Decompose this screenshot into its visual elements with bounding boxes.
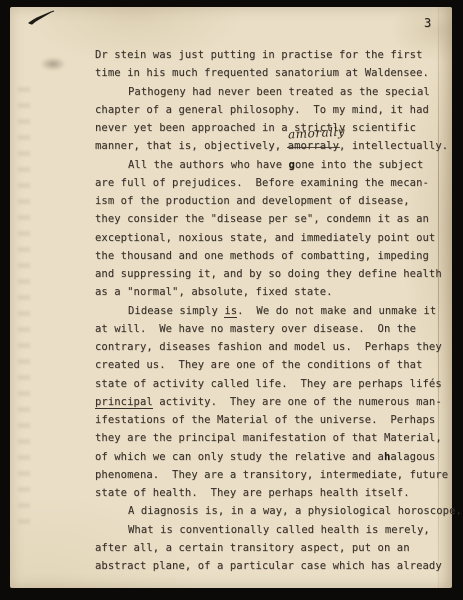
photograph-stage: 3 Dr stein was just putting in practise … — [0, 0, 463, 600]
underlined-word: is — [224, 305, 237, 318]
typed-line: never yet been approached in a strictly … — [95, 119, 445, 137]
page-number: 3 — [424, 16, 432, 30]
typed-line: of which we can only study the relative … — [95, 448, 445, 466]
typed-segment: Didease simply — [128, 305, 224, 317]
typed-segment: state of activity called life. They are … — [95, 378, 442, 390]
typed-segment: of which we can only study the relative … — [95, 451, 384, 463]
typed-line: and suppressing it, and by so doing they… — [95, 265, 445, 283]
pencil-smudge — [40, 57, 66, 71]
typed-line: they consider the "disease per se", cond… — [95, 210, 445, 228]
typed-segment: and suppressing it, and by so doing they… — [95, 268, 442, 280]
typed-segment: Pathogeny had never been treated as the … — [128, 86, 430, 98]
typed-line: Didease simply is. We do not make and un… — [95, 302, 445, 320]
typed-line: Dr stein was just putting in practise fo… — [95, 46, 445, 64]
typed-segment: are full of prejudices. Before examining… — [95, 177, 429, 189]
typed-line: chapter of a general philosophy. To my m… — [95, 101, 445, 119]
typed-segment: All the authors who have — [128, 159, 289, 171]
typed-segment: contrary, diseases fashion and model us.… — [95, 341, 442, 353]
typed-segment: ifestations of the Material of the unive… — [95, 414, 435, 426]
typed-segment: Dr stein was just putting in practise fo… — [95, 49, 423, 61]
typed-line: state of activity called life. They are … — [95, 375, 445, 393]
typed-segment: time in his much frequented sanatorium a… — [95, 67, 429, 79]
left-margin-bleedthrough — [18, 87, 30, 527]
typed-segment: the thousand and one methods of combatti… — [95, 250, 429, 262]
typed-line: created us. They are one of the conditio… — [95, 356, 445, 374]
typed-text-body: Dr stein was just putting in practise fo… — [95, 46, 445, 575]
typed-segment: state of health. They are perhaps health… — [95, 487, 410, 499]
typed-line: A diagnosis is, in a way, a physiologica… — [95, 502, 445, 520]
typed-line: ism of the production and development of… — [95, 192, 445, 210]
typed-line: ifestations of the Material of the unive… — [95, 411, 445, 429]
typed-segment: chapter of a general philosophy. To my m… — [95, 104, 429, 116]
typed-segment: manner, that is, objectively, — [95, 140, 288, 152]
typed-segment: alagous — [390, 451, 435, 463]
typed-segment: created us. They are one of the conditio… — [95, 359, 423, 371]
typed-line: exceptional, noxious state, and immediat… — [95, 229, 445, 247]
typed-segment: one into the subject — [295, 159, 423, 171]
typed-segment: activity. They are one of the numerous m… — [153, 396, 442, 408]
typed-segment: after all, a certain transitory aspect, … — [95, 542, 410, 554]
typed-segment: abstract plane, of a particular case whi… — [95, 560, 442, 572]
typed-segment: . We do not make and unmake it — [237, 305, 436, 317]
underlined-word: principal — [95, 396, 153, 409]
typed-line: state of health. They are perhaps health… — [95, 484, 445, 502]
typed-line: after all, a certain transitory aspect, … — [95, 539, 445, 557]
check-mark-icon — [27, 9, 57, 31]
typed-segment: never yet been approached in a strictly … — [95, 122, 416, 134]
struck-word: amorralyamorally — [288, 137, 339, 155]
typed-segment: ism of the production and development of… — [95, 195, 410, 207]
handwritten-correction: amorally — [287, 123, 345, 144]
typed-line: time in his much frequented sanatorium a… — [95, 64, 445, 82]
typed-line: contrary, diseases fashion and model us.… — [95, 338, 445, 356]
typed-line: at will. We have no mastery over disease… — [95, 320, 445, 338]
typed-line: All the authors who have gone into the s… — [95, 156, 445, 174]
typed-line: they are the principal manifestation of … — [95, 429, 445, 447]
typed-segment: at will. We have no mastery over disease… — [95, 323, 416, 335]
typed-line: the thousand and one methods of combatti… — [95, 247, 445, 265]
typed-line: principal activity. They are one of the … — [95, 393, 445, 411]
typed-line: phenomena. They are a transitory, interm… — [95, 466, 445, 484]
typed-line: Pathogeny had never been treated as the … — [95, 83, 445, 101]
typed-line: abstract plane, of a particular case whi… — [95, 557, 445, 575]
typed-line: as a "normal", absolute, fixed state. — [95, 283, 445, 301]
typed-segment: they consider the "disease per se", cond… — [95, 213, 429, 225]
typed-segment: A diagnosis is, in a way, a physiologica… — [128, 505, 462, 517]
typed-segment: What is conventionally called health is … — [128, 524, 430, 536]
typed-line: manner, that is, objectively, amorralyam… — [95, 137, 445, 155]
typed-line: What is conventionally called health is … — [95, 521, 445, 539]
typed-segment: exceptional, noxious state, and immediat… — [95, 232, 435, 244]
typed-segment: , intellectually. — [339, 140, 448, 152]
typed-segment: they are the principal manifestation of … — [95, 432, 442, 444]
typed-line: are full of prejudices. Before examining… — [95, 174, 445, 192]
typed-segment: as a "normal", absolute, fixed state. — [95, 286, 333, 298]
typed-segment: phenomena. They are a transitory, interm… — [95, 469, 448, 481]
